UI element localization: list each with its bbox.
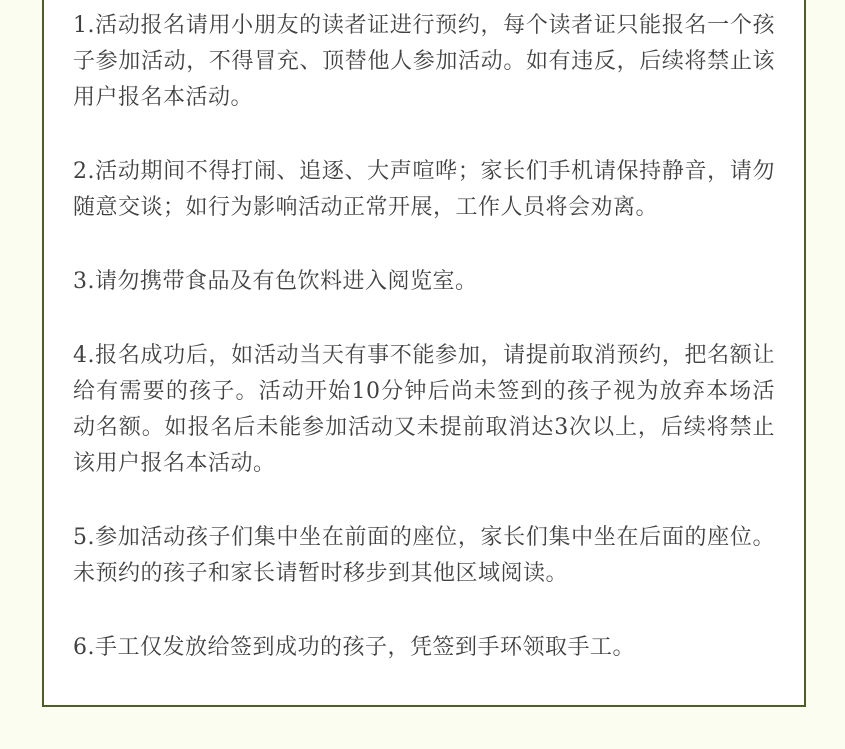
notice-item-3: 3.请勿携带食品及有色饮料进入阅览室。 <box>73 264 775 300</box>
notice-item-6: 6.手工仅发放给签到成功的孩子，凭签到手环领取手工。 <box>73 630 775 666</box>
notice-panel: 1.活动报名请用小朋友的读者证进行预约，每个读者证只能报名一个孩子参加活动，不得… <box>42 0 806 707</box>
notice-item-2: 2.活动期间不得打闹、追逐、大声喧哗；家长们手机请保持静音，请勿随意交谈；如行为… <box>73 154 775 226</box>
page-background: { "theme": { "page_background": "#fafdf0… <box>0 0 845 749</box>
notice-item-4: 4.报名成功后，如活动当天有事不能参加，请提前取消预约，把名额让给有需要的孩子。… <box>73 338 775 482</box>
notice-item-5: 5.参加活动孩子们集中坐在前面的座位，家长们集中坐在后面的座位。未预约的孩子和家… <box>73 520 775 592</box>
notice-item-1: 1.活动报名请用小朋友的读者证进行预约，每个读者证只能报名一个孩子参加活动，不得… <box>73 8 775 116</box>
